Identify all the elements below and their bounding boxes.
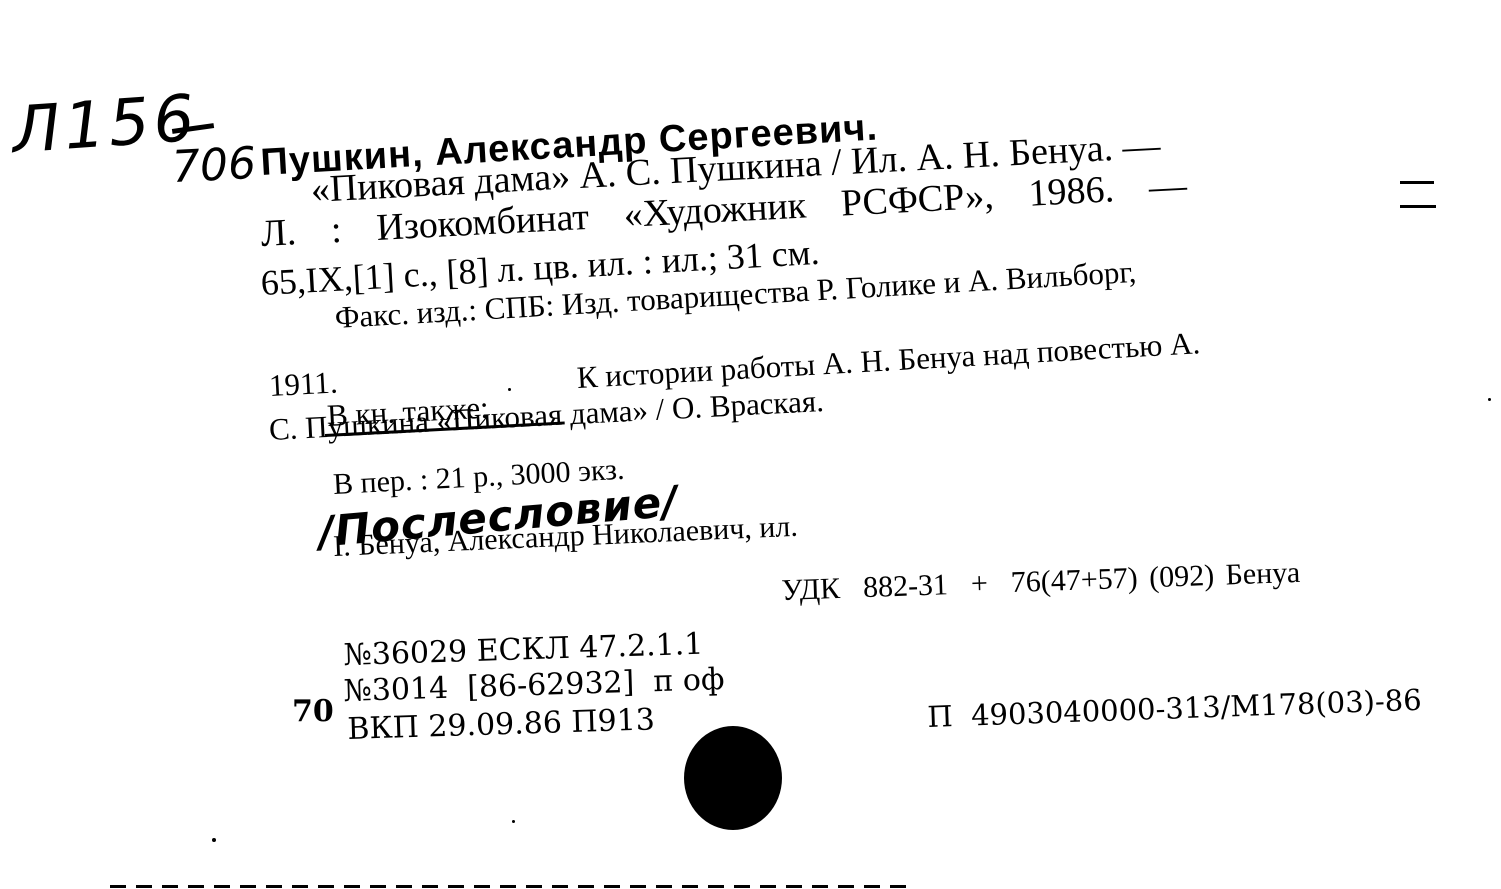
note-contents-2: С. Пушкина «Пиковая дама» / О. Враская.	[268, 383, 825, 448]
udk-classification: УДК 882-31 + 76(47+57) (092) Бенуа	[781, 556, 1301, 608]
punch-hole	[684, 726, 782, 830]
speck	[1488, 398, 1491, 401]
speck	[508, 388, 511, 391]
margin-dash	[1400, 205, 1436, 208]
margin-dash	[1400, 181, 1434, 184]
printing-info-3: ВКП 29.09.86 П913	[347, 702, 655, 747]
printing-info-prefix: 70	[292, 694, 334, 729]
note-contents-1: К истории работы А. Н. Бенуа над повесть…	[576, 325, 1201, 396]
speck	[212, 838, 216, 842]
handwritten-number: 706	[171, 138, 258, 193]
speck	[512, 820, 515, 823]
publisher-code: П 4903040000-313/М178(03)-86	[927, 683, 1422, 734]
card-bottom-edge	[110, 885, 910, 888]
